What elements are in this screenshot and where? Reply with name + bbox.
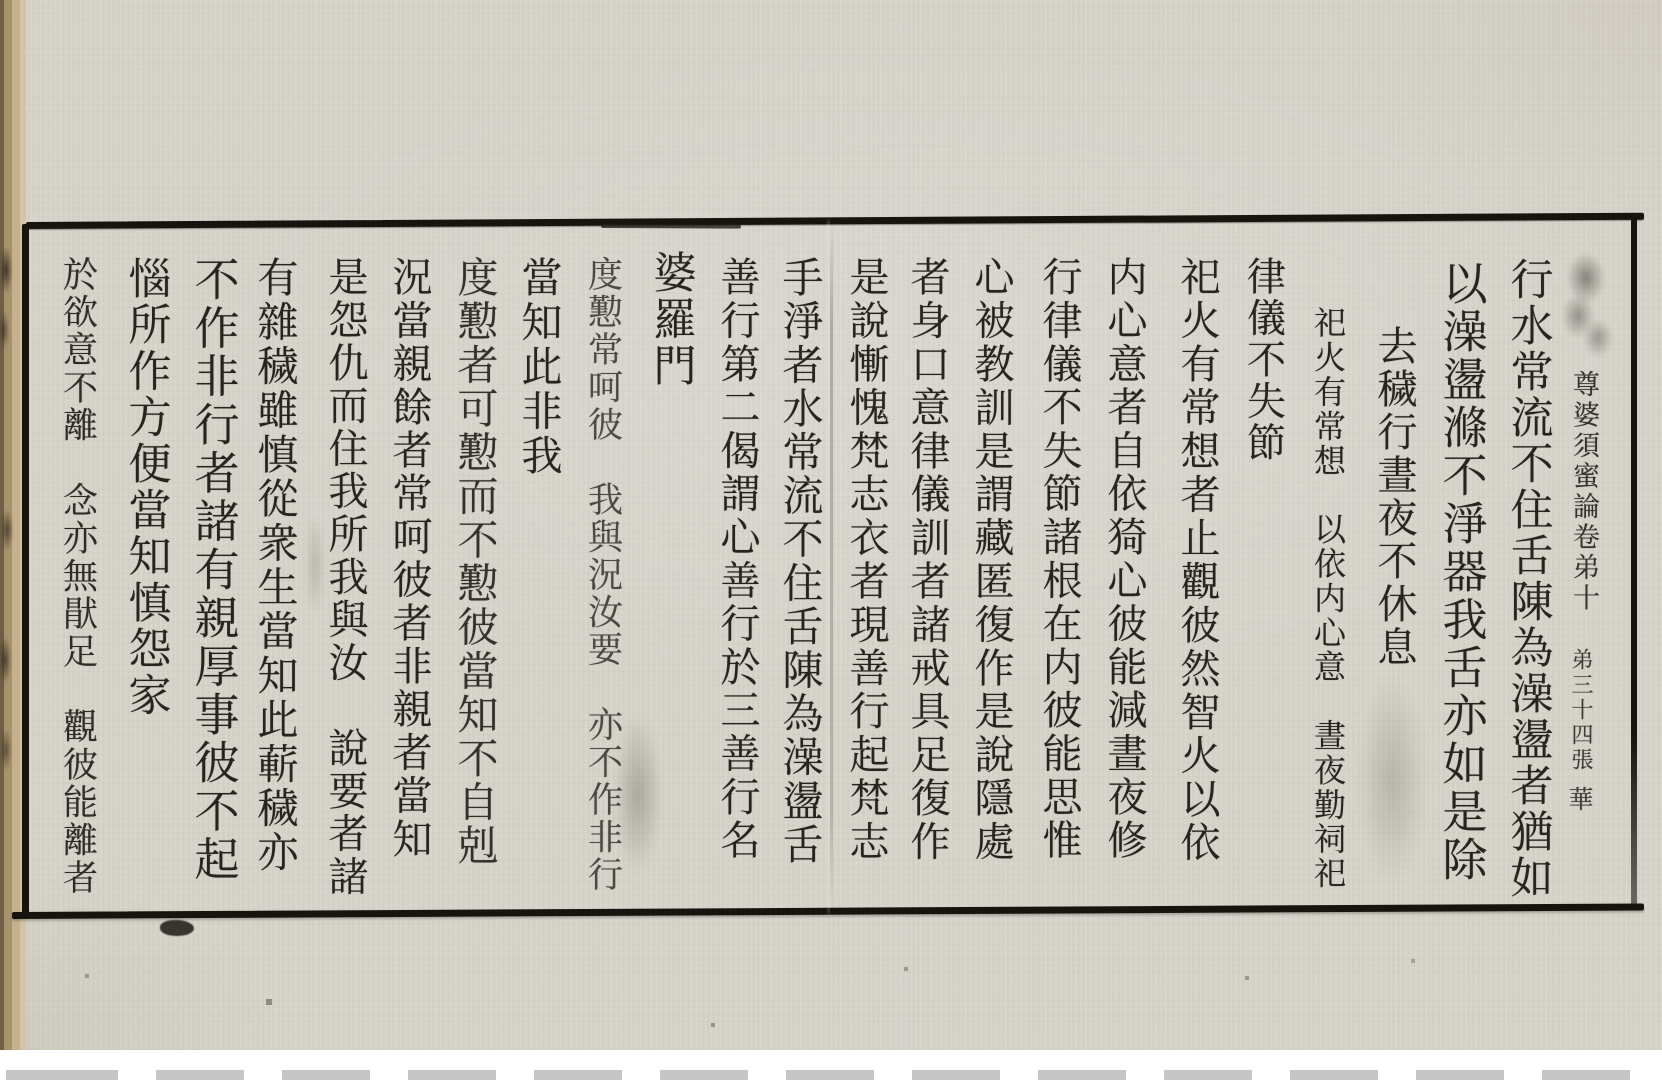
text-column: 度懃者可懃而不懃彼當知不自剋 [454, 256, 495, 868]
text-column: 度懃常呵彼 我與況汝要 亦不作非行 [585, 256, 620, 894]
text-column: 婆羅門 [650, 250, 693, 390]
text-column: 是怨仇而住我所我與汝 說要者諸 [325, 256, 365, 898]
text-column: 是說慚愧梵志衣者現善行起梵志 [846, 256, 886, 864]
text-column: 去穢行晝夜不休息 [1374, 325, 1414, 669]
text-column: 以澡盪滌不淨器我舌亦如是除 [1439, 260, 1484, 884]
text-column: 不作非行者諸有親厚事彼不起 [191, 256, 236, 884]
text-column: 者身口意律儀訓者諸戒具足復作 [907, 256, 947, 864]
volume-title-column: 尊婆須蜜論卷弟十 [1570, 370, 1597, 614]
text-column: 行水常流不住舌陳為澡盪者猶如 [1507, 257, 1550, 901]
stain [1350, 652, 1434, 908]
text-column: 心被教訓是謂藏匿復作是說隱處 [971, 256, 1011, 864]
text-column: 善行第二偈謂心善行於三善行名 [717, 256, 757, 862]
text-column: 有雜穢雖慎從衆生當知此蔪穢亦 [254, 256, 295, 875]
text-column: 内心意者自依猗心彼能減晝夜修 [1104, 256, 1144, 862]
frame-border-right [1631, 216, 1637, 908]
text-column: 手淨者水常流不住舌陳為澡盪舌 [779, 256, 820, 866]
engraver-mark-column: 華 [1567, 786, 1592, 811]
text-column: 惱所作方便當知慎怨家 [125, 256, 168, 719]
text-column: 律儀不失節 [1244, 256, 1283, 464]
text-column: 於欲意不離 念亦無猒足 觀彼能離者 [60, 256, 95, 897]
text-column: 當知此非我 [518, 256, 559, 479]
text-column: 況當親餘者常呵彼者非親者當知 [389, 256, 429, 861]
frame-border-left [22, 224, 29, 916]
page-fold-crease [830, 220, 833, 914]
page-scan: 尊婆須蜜論卷弟十 弟三十四張 華 行水常流不住舌陳為澡盪者猶如以澡盪滌不淨器我舌… [0, 0, 1662, 1080]
text-column: 祀火有常想者止觀彼然智火以依 [1177, 256, 1217, 865]
ink-blob [160, 920, 194, 936]
paper-specks [0, 0, 2, 2]
edge-text-fragments [0, 240, 18, 820]
folio-number-column: 弟三十四張 [1569, 648, 1591, 773]
film-strip-dashes [0, 1070, 1662, 1080]
ink-smudge-seal [1556, 250, 1620, 358]
text-column: 行律儀不失節諸根在内彼能思惟 [1039, 256, 1079, 862]
text-column: 祀火有常想 以依内心意 晝夜勤祠祀 [1312, 306, 1344, 891]
